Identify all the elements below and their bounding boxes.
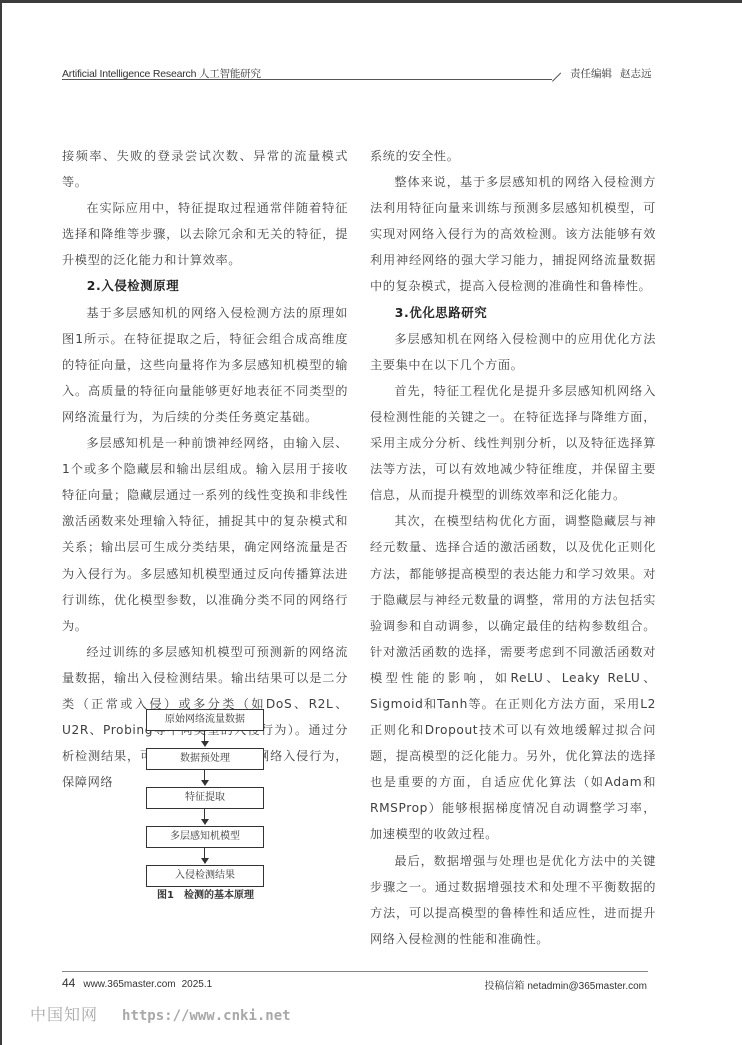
arrow-down-icon: [146, 731, 264, 748]
submission-email[interactable]: netadmin@365master.com: [527, 981, 647, 992]
watermark-url: https://www.cnki.net: [122, 1008, 291, 1024]
cnki-watermark: 中国知网https://www.cnki.net: [30, 1002, 291, 1025]
right-column: 系统的安全性。 整体来说，基于多层感知机的网络入侵检测方法利用特征向量来训练与预…: [370, 143, 656, 952]
flowchart-figure: 原始网络流量数据 数据预处理 特征提取 多层感知机模型 入侵检测结果: [146, 709, 264, 887]
paragraph: 最后，数据增强与处理也是优化方法中的关键步骤之一。通过数据增强技术和处理不平衡数…: [370, 848, 656, 952]
footer-left: 44www.365master.com2025.1: [62, 976, 212, 990]
arrow-down-icon: [146, 809, 264, 826]
editor-label: 责任编辑: [570, 68, 612, 80]
website-link[interactable]: www.365master.com: [83, 979, 175, 990]
paragraph: 整体来说，基于多层感知机的网络入侵检测方法利用特征向量来训练与预测多层感知机模型…: [370, 169, 656, 299]
arrow-down-icon: [146, 770, 264, 787]
flow-step: 数据预处理: [146, 748, 264, 770]
figure-title: 检测的基本原理: [184, 890, 254, 901]
watermark-name: 中国知网: [30, 1005, 98, 1024]
flow-step: 入侵检测结果: [146, 865, 264, 887]
header-slash: [552, 73, 561, 82]
submission-label: 投稿信箱: [484, 981, 524, 992]
viewer-frame-left: [0, 0, 2, 1045]
paragraph: 多层感知机是一种前馈神经网络，由输入层、1个或多个隐藏层和输出层组成。输入层用于…: [62, 430, 348, 639]
viewer-frame-top: [0, 0, 742, 3]
left-column: 接频率、失败的登录尝试次数、异常的流量模式等。 在实际应用中，特征提取过程通常伴…: [62, 143, 348, 795]
flow-step: 多层感知机模型: [146, 826, 264, 848]
footer-rule: [62, 971, 648, 972]
footer-right: 投稿信箱netadmin@365master.com: [484, 977, 647, 992]
editor-credit: 责任编辑赵志远: [570, 66, 652, 81]
figure-caption: 图1检测的基本原理: [157, 886, 254, 901]
arrow-down-icon: [146, 848, 264, 865]
section-heading: 2.入侵检测原理: [62, 273, 348, 299]
paragraph: 系统的安全性。: [370, 143, 656, 169]
paragraph: 首先，特征工程优化是提升多层感知机网络入侵检测性能的关键之一。在特征选择与降维方…: [370, 378, 656, 508]
header-rule: [62, 79, 552, 80]
issue-number: 2025.1: [182, 979, 213, 990]
paragraph: 在实际应用中，特征提取过程通常伴随着特征选择和降维等步骤，以去除冗余和无关的特征…: [62, 195, 348, 273]
page-number: 44: [62, 976, 75, 990]
flow-step: 特征提取: [146, 787, 264, 809]
running-head: Artificial Intelligence Research 人工智能研究 …: [62, 64, 648, 80]
flow-step: 原始网络流量数据: [146, 709, 264, 731]
paragraph: 其次，在模型结构优化方面，调整隐藏层与神经元数量、选择合适的激活函数，以及优化正…: [370, 508, 656, 847]
figure-label: 图1: [157, 890, 174, 901]
paragraph: 基于多层感知机的网络入侵检测方法的原理如图1所示。在特征提取之后，特征会组合成高…: [62, 300, 348, 430]
editor-name: 赵志远: [620, 68, 652, 80]
section-heading: 3.优化思路研究: [370, 300, 656, 326]
paragraph: 接频率、失败的登录尝试次数、异常的流量模式等。: [62, 143, 348, 195]
paragraph: 多层感知机在网络入侵检测中的应用优化方法主要集中在以下几个方面。: [370, 326, 656, 378]
